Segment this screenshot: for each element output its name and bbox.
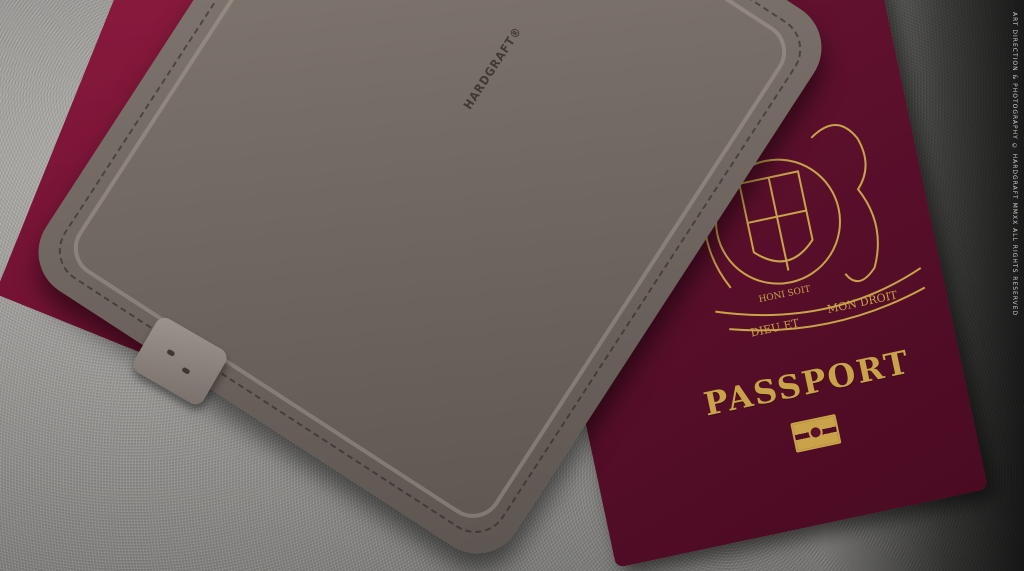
svg-text:HONI SOIT: HONI SOIT [758,284,812,305]
photo-scene: DIEU ET MON DROIT HONI SOIT PASSPORT HAR… [0,0,1024,571]
svg-text:DIEU ET: DIEU ET [749,316,801,339]
rivet-icon [181,367,190,375]
photo-credit: ART DIRECTION & PHOTOGRAPHY © HARDGRAFT … [1011,12,1018,316]
svg-text:MON DROIT: MON DROIT [826,288,899,316]
rivet-icon [166,349,175,357]
biometric-chip-icon [790,414,841,453]
